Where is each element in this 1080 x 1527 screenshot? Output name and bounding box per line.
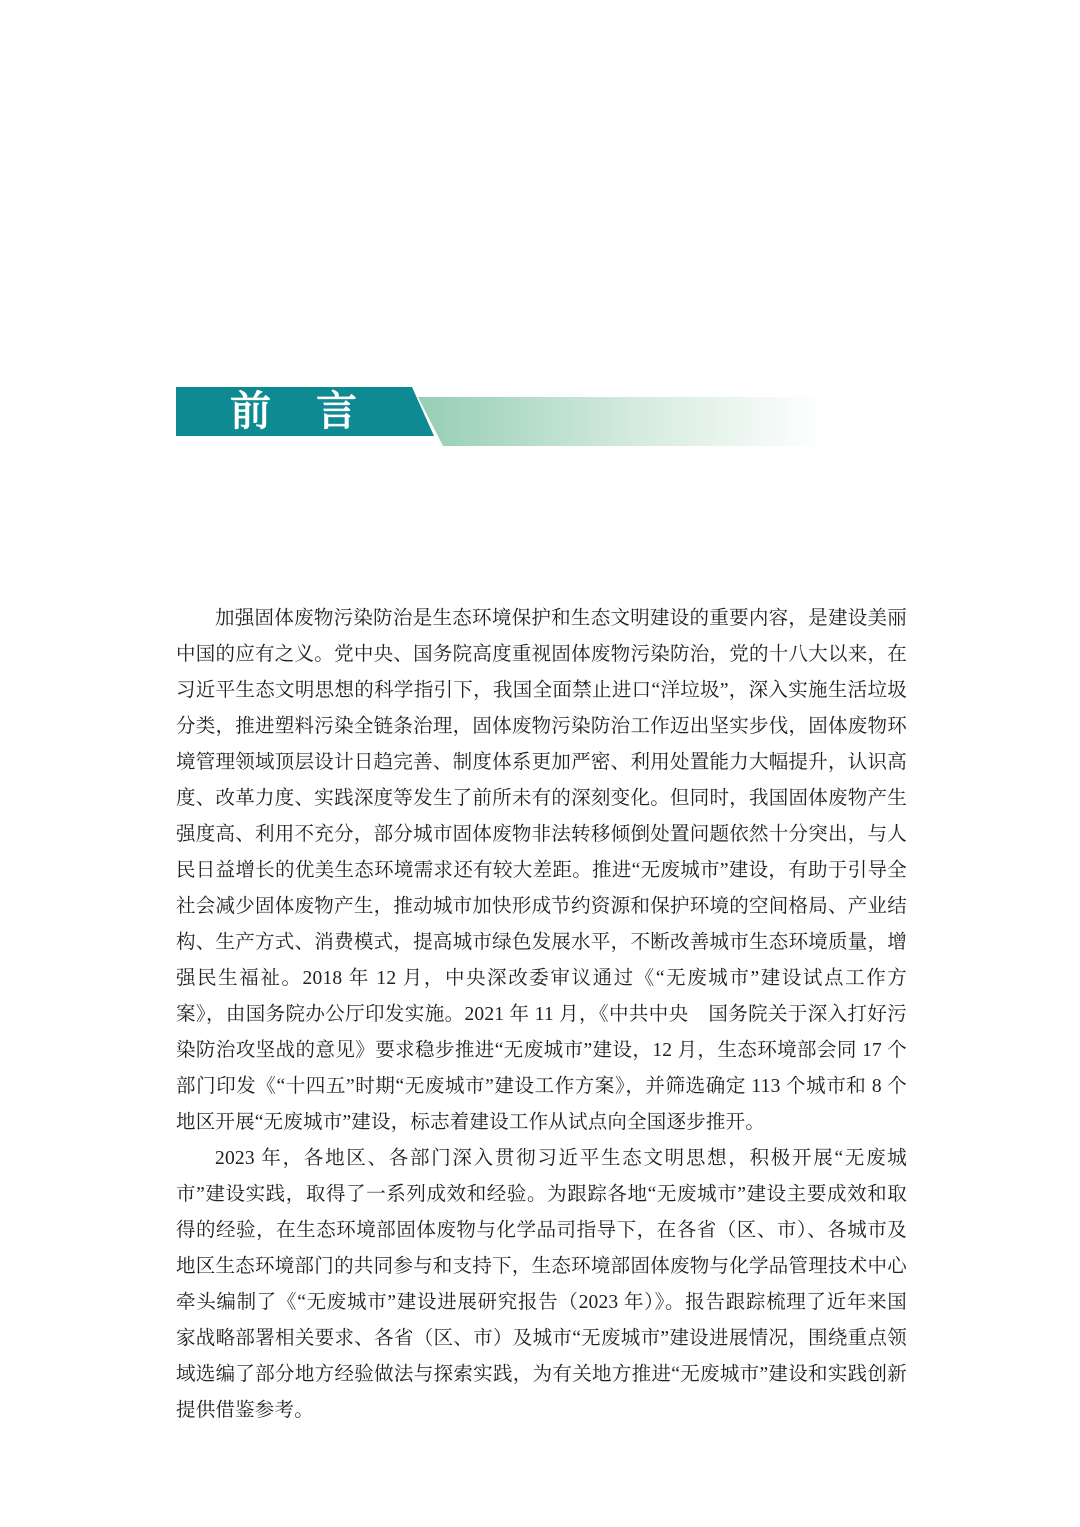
paragraph-2: 2023 年，各地区、各部门深入贯彻习近平生态文明思想，积极开展“无废城市”建设… bbox=[176, 1141, 907, 1429]
page-title: 前 言 bbox=[176, 387, 359, 436]
banner-gradient-ribbon bbox=[418, 397, 832, 446]
preface-banner: 前 言 bbox=[176, 387, 434, 436]
document-page: 前 言 加强固体废物污染防治是生态环境保护和生态文明建设的重要内容，是建设美丽中… bbox=[0, 0, 1080, 1527]
preface-body: 加强固体废物污染防治是生态环境保护和生态文明建设的重要内容，是建设美丽中国的应有… bbox=[176, 601, 907, 1429]
paragraph-1: 加强固体废物污染防治是生态环境保护和生态文明建设的重要内容，是建设美丽中国的应有… bbox=[176, 601, 907, 1141]
